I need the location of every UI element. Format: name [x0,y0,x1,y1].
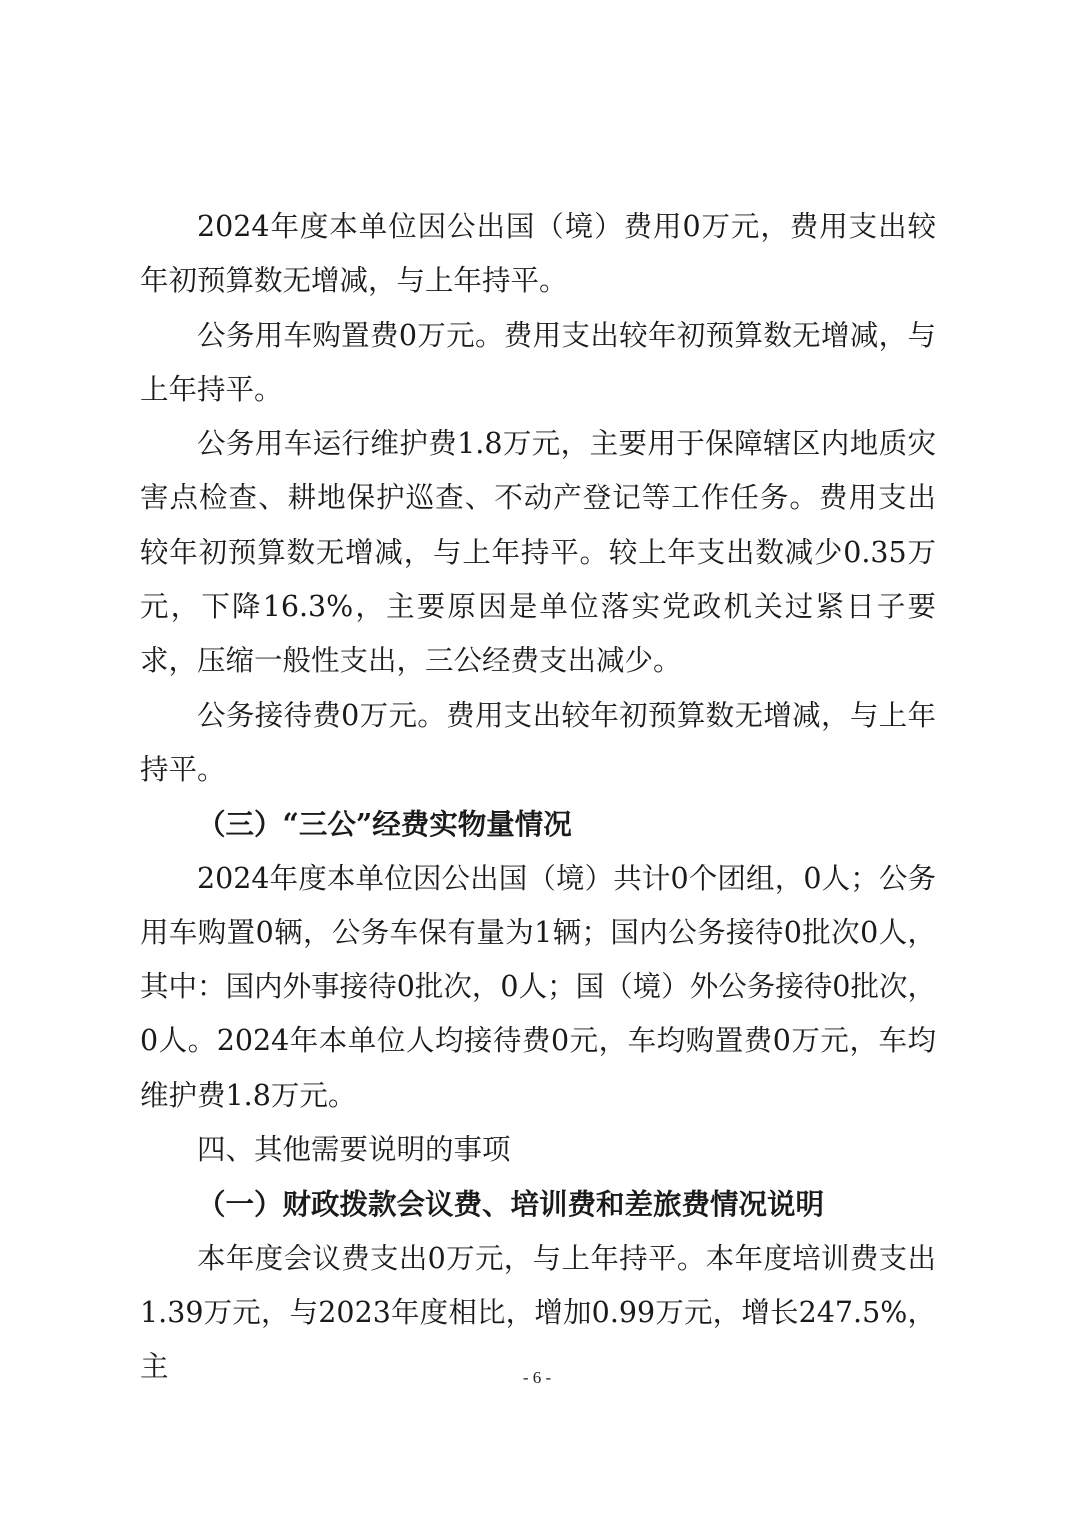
paragraph-quantities: 2024年度本单位因公出国（境）共计0个团组，0人；公务用车购置0辆，公务车保有… [140,852,936,1123]
paragraph-overseas-travel: 2024年度本单位因公出国（境）费用0万元，费用支出较年初预算数无增减，与上年持… [140,200,936,309]
paragraph-reception: 公务接待费0万元。费用支出较年初预算数无增减，与上年持平。 [140,689,936,798]
paragraph-vehicle-maintenance: 公务用车运行维护费1.8万元，主要用于保障辖区内地质灾害点检查、耕地保护巡查、不… [140,417,936,688]
paragraph-vehicle-purchase: 公务用车购置费0万元。费用支出较年初预算数无增减，与上年持平。 [140,309,936,418]
section-title-other-matters: 四、其他需要说明的事项 [140,1123,936,1177]
heading-three-public-quantities: （三）“三公”经费实物量情况 [140,797,936,851]
document-body: 2024年度本单位因公出国（境）费用0万元，费用支出较年初预算数无增减，与上年持… [140,200,936,1395]
subheading-meeting-training-travel: （一）财政拨款会议费、培训费和差旅费情况说明 [140,1177,936,1231]
page-number: - 6 - [0,1368,1074,1388]
